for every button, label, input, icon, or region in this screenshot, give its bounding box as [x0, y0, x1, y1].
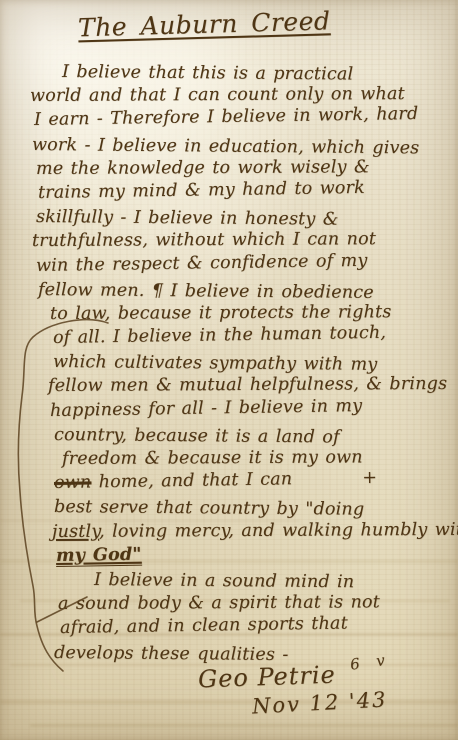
text-segment: me the knowledge to work wisely &	[36, 157, 370, 179]
text-segment: afraid, and in clean sports that	[60, 614, 348, 639]
text-segment: country, because it is a land of	[54, 425, 340, 447]
manuscript-line: I earn - Therefore I believe in work, ha…	[34, 102, 442, 133]
text-segment: home, and that I can	[91, 469, 292, 492]
text-segment: I believe in a sound mind in	[94, 570, 355, 592]
text-segment-emph: my God"	[56, 544, 142, 566]
text-segment-struck: own	[54, 473, 92, 494]
text-segment: truthfulness, without which I can not	[32, 230, 376, 252]
author-signature: Geo Petrie	[198, 661, 337, 694]
text-segment-plus: +	[362, 468, 377, 488]
text-segment: of all. I believe in the human touch,	[53, 323, 386, 348]
text-segment: win the respect & confidence of my	[36, 250, 368, 275]
manuscript-line: of all. I believe in the human touch,	[53, 320, 442, 350]
text-segment: I believe that this is a practical	[62, 62, 354, 85]
manuscript-page: The Auburn Creed I believe that this is …	[0, 0, 458, 740]
text-segment: fellow men. ¶ I believe in obedience	[38, 280, 374, 303]
text-segment-under: justly	[52, 521, 99, 541]
manuscript-body: I believe that this is a practicalworld …	[30, 60, 442, 665]
text-segment: happiness for all - I believe in my	[50, 396, 363, 421]
text-segment: best serve that country by "doing	[54, 497, 364, 520]
manuscript-line: trains my mind & my hand to work	[38, 175, 442, 206]
manuscript-line: my God"	[56, 538, 442, 568]
text-segment: develops these qualities -	[54, 643, 289, 665]
text-segment: I earn - Therefore I believe in work, ha…	[34, 104, 419, 130]
manuscript-line: afraid, and in clean sports that	[60, 610, 442, 640]
text-segment: freedom & because it is my own	[62, 447, 363, 469]
text-segment: skillfully - I believe in honesty &	[36, 207, 339, 230]
text-segment: trains my mind & my hand to work	[38, 178, 365, 203]
manuscript-line: own home, and that I can+	[54, 465, 442, 495]
